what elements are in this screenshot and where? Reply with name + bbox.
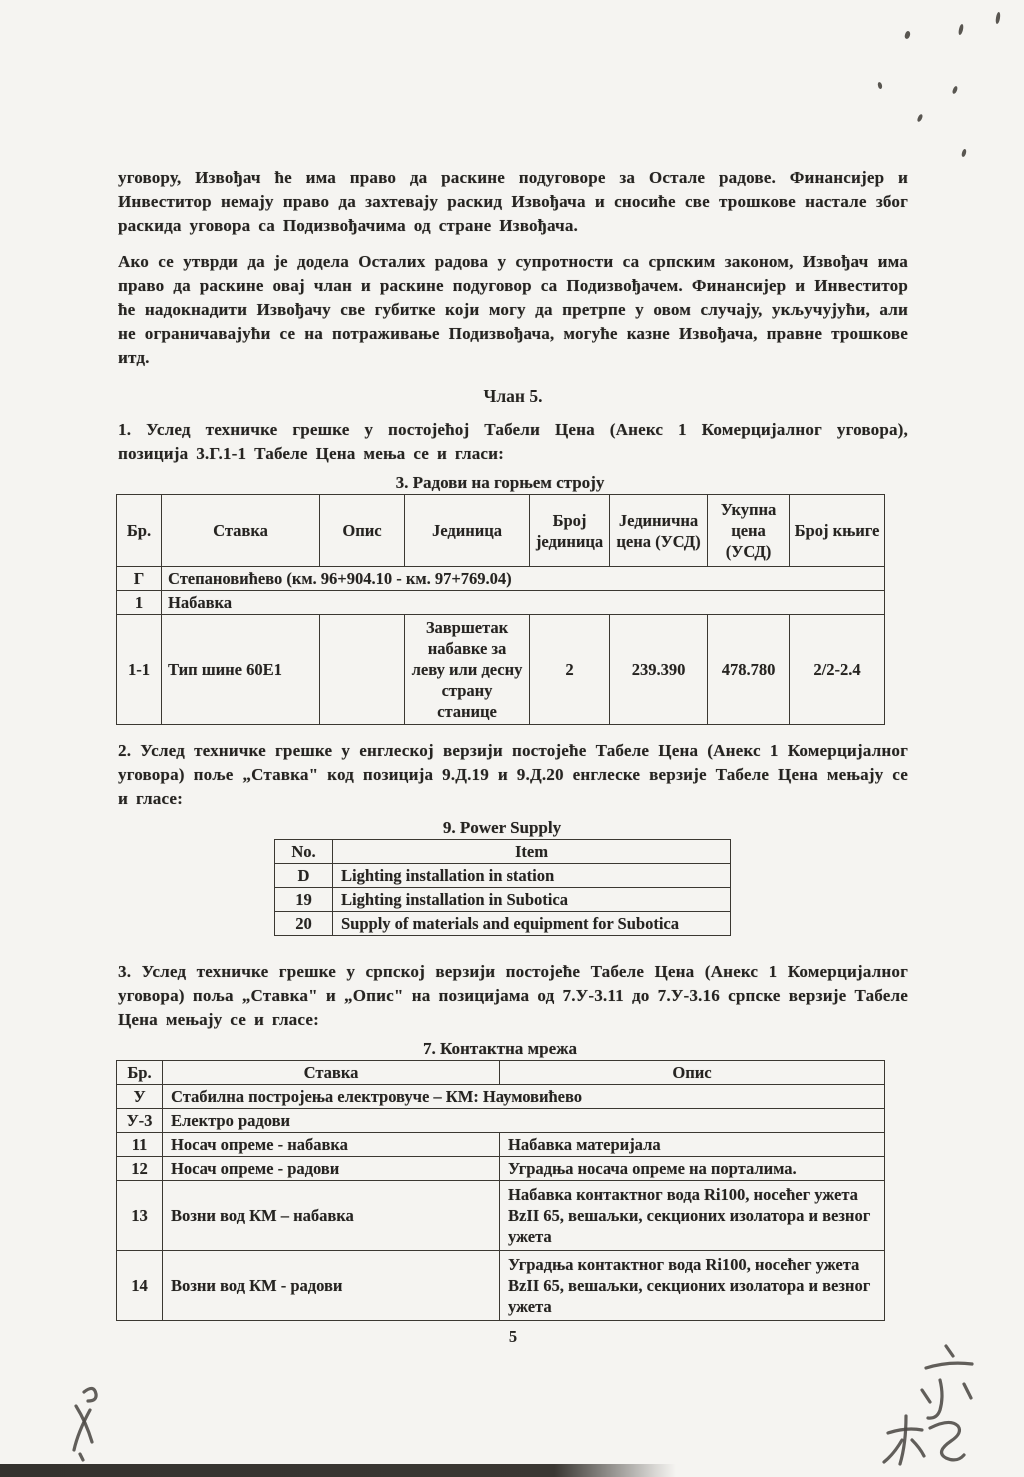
cell-opis <box>320 615 405 725</box>
cell-no: 12 <box>117 1157 163 1181</box>
cell-item: Lighting installation in station <box>333 864 731 888</box>
cell-no: 19 <box>275 888 333 912</box>
cell-stavka: Тип шине 60Е1 <box>162 615 320 725</box>
scan-speckle <box>916 114 923 123</box>
cell-no: 14 <box>117 1251 163 1321</box>
page-number: 5 <box>118 1327 908 1347</box>
scan-speckle <box>958 24 965 36</box>
paragraph-continuation: уговору, Извођач ће има право да раскине… <box>118 166 908 238</box>
item-2-text: 2. Услед техничке грешке у енглеској вер… <box>118 739 908 811</box>
col-header-stavka: Ставка <box>162 495 320 567</box>
cell-opis: Уградња контактног вода Ri100, носећег у… <box>500 1251 885 1321</box>
col-header-stavka: Ставка <box>163 1061 500 1085</box>
paragraph-second: Ако се утврди да је додела Осталих радов… <box>118 250 908 370</box>
cell-jedinicna-cena: 239.390 <box>610 615 708 725</box>
table-row: У Стабилна постројења електровуче – КМ: … <box>117 1085 885 1109</box>
cell-opis: Уградња носача опреме на порталима. <box>500 1157 885 1181</box>
handwritten-signature-mark <box>868 1336 1008 1475</box>
cell-no: D <box>275 864 333 888</box>
col-header-item: Item <box>333 840 731 864</box>
row-g-label: Степановићево (км. 96+904.10 - км. 97+76… <box>162 567 885 591</box>
article-heading: Члан 5. <box>118 384 908 408</box>
scan-speckle <box>961 149 967 158</box>
cell-item: Supply of materials and equipment for Su… <box>333 912 731 936</box>
cell-stavka: Носач опреме - набавка <box>163 1133 500 1157</box>
cell-opis: Набавка контактног вода Ri100, носећег у… <box>500 1181 885 1251</box>
item-3-text: 3. Услед техничке грешке у српској верзи… <box>118 960 908 1032</box>
cell-stavka: Носач опреме - радови <box>163 1157 500 1181</box>
table-row: Г Степановићево (км. 96+904.10 - км. 97+… <box>117 567 885 591</box>
table-row: D Lighting installation in station <box>275 864 731 888</box>
table-row: 1 Набавка <box>117 591 885 615</box>
cell-opis: Набавка материјала <box>500 1133 885 1157</box>
table-row: У-3 Електро радови <box>117 1109 885 1133</box>
table-power-supply-wrapper: 9. Power Supply No. Item D Lighting inst… <box>274 817 730 936</box>
cell-stavka: Возни вод КМ – набавка <box>163 1181 500 1251</box>
scan-edge-bar <box>0 1464 676 1477</box>
cell-jedinica: Завршетак набавке за леву или десну стра… <box>405 615 530 725</box>
cell-ukupna-cena: 478.780 <box>708 615 790 725</box>
col-header-no: No. <box>275 840 333 864</box>
scanned-document-page: уговору, Извођач ће има право да раскине… <box>0 0 1024 1477</box>
table-radovi-title: 3. Радови на горњем строју <box>116 472 884 494</box>
row-1-number: 1 <box>117 591 162 615</box>
table-radovi: Бр. Ставка Опис Јединица Број јединица Ј… <box>116 494 885 725</box>
col-header-broj-knjige: Број књиге <box>790 495 885 567</box>
item-1-text: 1. Услед техничке грешке у постојећој Та… <box>118 418 908 466</box>
cell-no: 20 <box>275 912 333 936</box>
table-row: 20 Supply of materials and equipment for… <box>275 912 731 936</box>
table-row: 1-1 Тип шине 60Е1 Завршетак набавке за л… <box>117 615 885 725</box>
table-kontaktna-header-row: Бр. Ставка Опис <box>117 1061 885 1085</box>
table-radovi-header-row: Бр. Ставка Опис Јединица Број јединица Ј… <box>117 495 885 567</box>
table-kontaktna-mreza-title: 7. Контактна мрежа <box>116 1038 884 1060</box>
col-header-opis: Опис <box>320 495 405 567</box>
scan-speckle <box>904 30 911 39</box>
cell-ukupna-cena-value: 478.780 <box>721 659 777 680</box>
table-row: 14 Возни вод КМ - радови Уградња контакт… <box>117 1251 885 1321</box>
row-u-label: Стабилна постројења електровуче – КМ: На… <box>163 1085 885 1109</box>
cell-item: Lighting installation in Subotica <box>333 888 731 912</box>
row-1-label: Набавка <box>162 591 885 615</box>
table-row: 12 Носач опреме - радови Уградња носача … <box>117 1157 885 1181</box>
table-kontaktna-mreza: Бр. Ставка Опис У Стабилна постројења ел… <box>116 1060 885 1321</box>
col-header-jedinica: Јединица <box>405 495 530 567</box>
scan-speckle <box>877 82 882 90</box>
cell-stavka: Возни вод КМ - радови <box>163 1251 500 1321</box>
table-power-supply: No. Item D Lighting installation in stat… <box>274 839 731 936</box>
col-header-br: Бр. <box>117 495 162 567</box>
col-header-opis: Опис <box>500 1061 885 1085</box>
cell-no: 13 <box>117 1181 163 1251</box>
col-header-ukupna-cena: Укупна цена (УСД) <box>708 495 790 567</box>
table-row: 19 Lighting installation in Subotica <box>275 888 731 912</box>
table-power-supply-title: 9. Power Supply <box>274 817 730 839</box>
row-u3-number: У-3 <box>117 1109 163 1133</box>
col-header-broj-jedinica: Број јединица <box>530 495 610 567</box>
col-header-jedinicna-cena: Јединична цена (УСД) <box>610 495 708 567</box>
table-radovi-wrapper: 3. Радови на горњем строју Бр. Ставка Оп… <box>116 472 884 725</box>
table-kontaktna-mreza-wrapper: 7. Контактна мрежа Бр. Ставка Опис У Ста… <box>116 1038 884 1321</box>
cell-no: 11 <box>117 1133 163 1157</box>
table-row: 13 Возни вод КМ – набавка Набавка контак… <box>117 1181 885 1251</box>
scan-speckle <box>952 86 959 95</box>
cell-no: 1-1 <box>117 615 162 725</box>
scan-speckle <box>995 12 1001 25</box>
row-u3-label: Електро радови <box>163 1109 885 1133</box>
row-g-number: Г <box>117 567 162 591</box>
handwritten-scribble-mark <box>46 1384 116 1468</box>
cell-broj-jedinica: 2 <box>530 615 610 725</box>
row-u-number: У <box>117 1085 163 1109</box>
col-header-br: Бр. <box>117 1061 163 1085</box>
cell-broj-knjige: 2/2-2.4 <box>790 615 885 725</box>
table-row: 11 Носач опреме - набавка Набавка матери… <box>117 1133 885 1157</box>
document-content: уговору, Извођач ће има право да раскине… <box>118 166 908 1347</box>
table-power-header-row: No. Item <box>275 840 731 864</box>
